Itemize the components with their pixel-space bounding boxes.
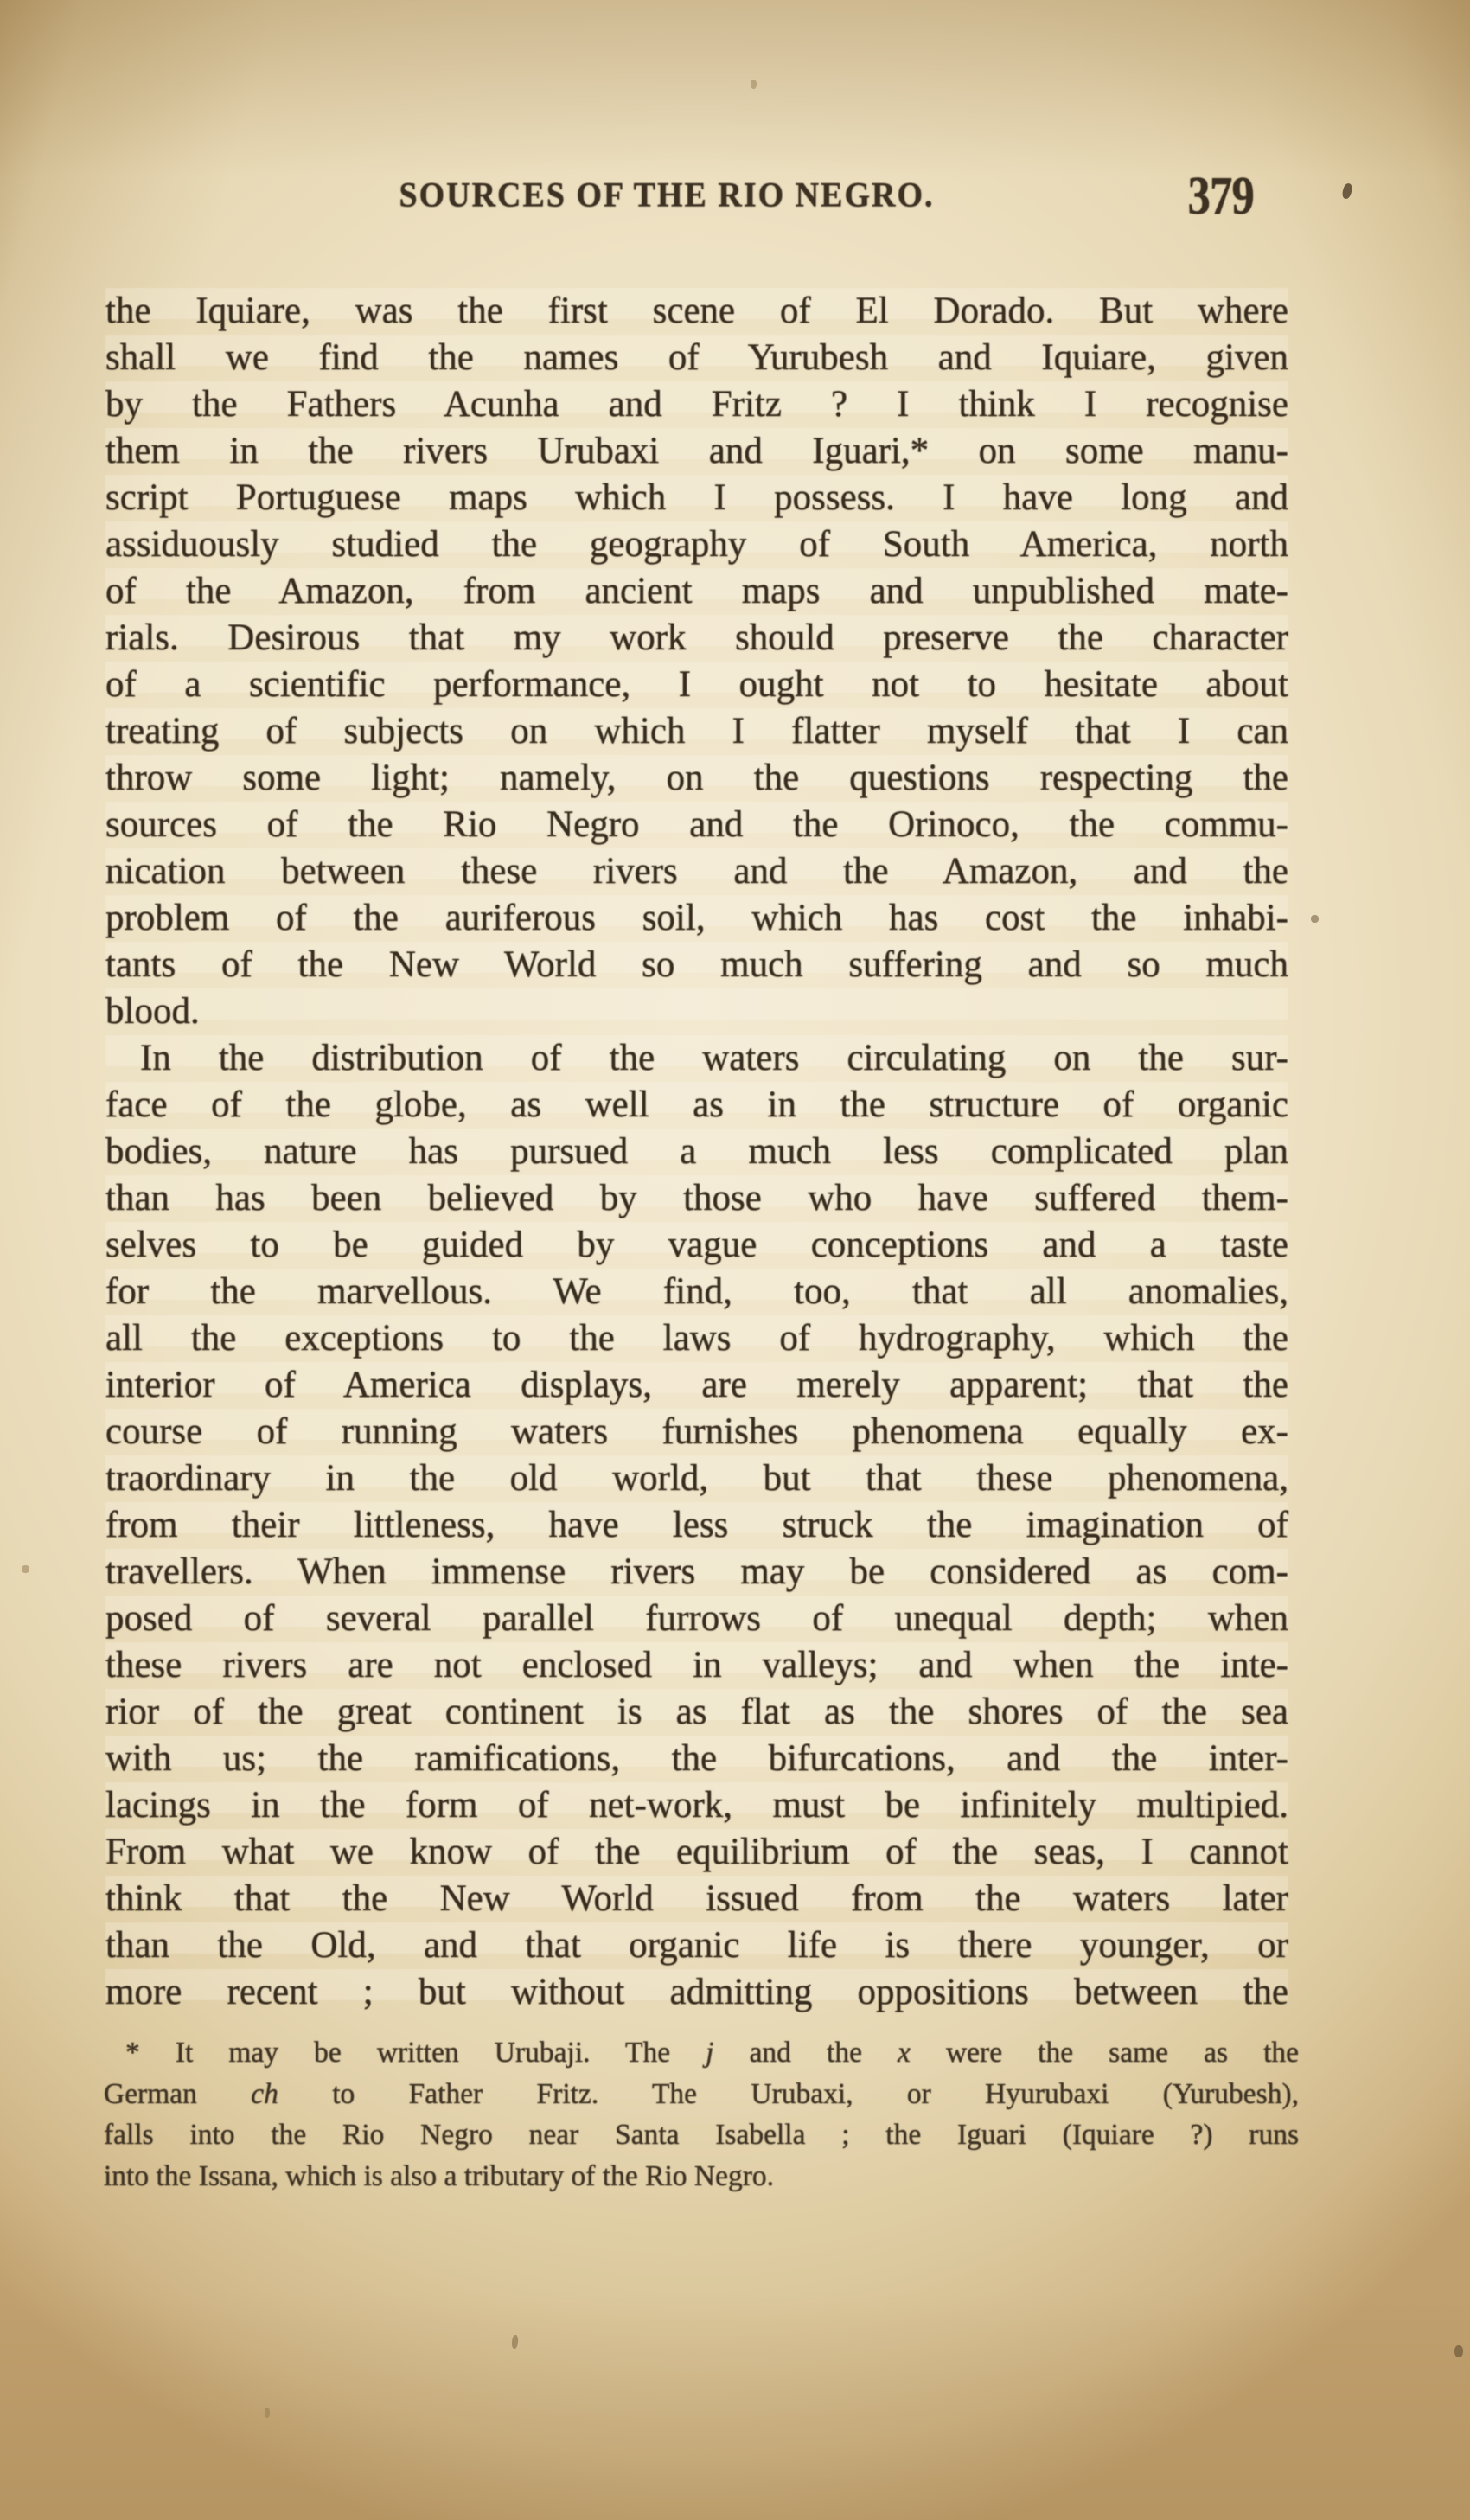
body-line: problem of the auriferous soil, which ha… xyxy=(105,895,1288,942)
body-line: lacings in the form of net-work, must be… xyxy=(105,1782,1288,1829)
body-line: traordinary in the old world, but that t… xyxy=(105,1455,1288,1502)
body-line: rior of the great continent is as flat a… xyxy=(105,1689,1288,1736)
body-line: more recent ; but without admitting oppo… xyxy=(105,1969,1288,2016)
scan-speck xyxy=(1311,915,1319,923)
body-line: tants of the New World so much suffering… xyxy=(105,942,1288,988)
scan-speck xyxy=(1454,2345,1463,2357)
body-line: script Portuguese maps which I possess. … xyxy=(105,475,1288,521)
page-number: 379 xyxy=(1188,166,1255,227)
body-line: face of the globe, as well as in the str… xyxy=(105,1082,1288,1129)
body-line: the Iquiare, was the first scene of El D… xyxy=(105,288,1288,335)
body-line: all the exceptions to the laws of hydrog… xyxy=(105,1315,1288,1362)
body-line: shall we find the names of Yurubesh and … xyxy=(105,335,1288,381)
body-line: than has been believed by those who have… xyxy=(105,1175,1288,1222)
scan-speck xyxy=(22,1565,29,1573)
scan-speck xyxy=(511,2335,518,2350)
body-line: blood. xyxy=(105,988,1288,1035)
body-line: of the Amazon, from ancient maps and unp… xyxy=(105,568,1288,615)
body-line: than the Old, and that organic life is t… xyxy=(105,1922,1288,1969)
scan-speck xyxy=(1341,182,1353,200)
body-line: sources of the Rio Negro and the Orinoco… xyxy=(105,802,1288,848)
body-line: for the marvellous. We find, too, that a… xyxy=(105,1269,1288,1315)
body-line: rials. Desirous that my work should pres… xyxy=(105,615,1288,662)
running-head: SOURCES OF THE RIO NEGRO. 379 xyxy=(105,176,1288,214)
scan-speck xyxy=(265,2408,270,2418)
footnote-line: * It may be written Urubaji. The j and t… xyxy=(104,2032,1299,2074)
book-page: SOURCES OF THE RIO NEGRO. 379 the Iquiar… xyxy=(0,0,1470,2520)
footnote-block: * It may be written Urubaji. The j and t… xyxy=(104,2032,1299,2197)
body-line: assiduously studied the geography of Sou… xyxy=(105,521,1288,568)
running-head-title: SOURCES OF THE RIO NEGRO. xyxy=(399,176,934,215)
body-line: think that the New World issued from the… xyxy=(105,1876,1288,1922)
body-line: From what we know of the equilibrium of … xyxy=(105,1829,1288,1876)
footnote-line: German ch to Father Fritz. The Urubaxi, … xyxy=(104,2074,1299,2115)
body-line: selves to be guided by vague conceptions… xyxy=(105,1222,1288,1269)
body-line: with us; the ramifications, the bifurcat… xyxy=(105,1736,1288,1782)
body-line: interior of America displays, are merely… xyxy=(105,1362,1288,1409)
body-line: by the Fathers Acunha and Fritz ? I thin… xyxy=(105,381,1288,428)
body-line: throw some light; namely, on the questio… xyxy=(105,755,1288,802)
body-line: travellers. When immense rivers may be c… xyxy=(105,1549,1288,1596)
body-line: of a scientific performance, I ought not… xyxy=(105,662,1288,708)
body-line: bodies, nature has pursued a much less c… xyxy=(105,1129,1288,1175)
body-line: from their littleness, have less struck … xyxy=(105,1502,1288,1549)
body-line: In the distribution of the waters circul… xyxy=(105,1035,1288,1082)
body-text-block: the Iquiare, was the first scene of El D… xyxy=(105,288,1288,2016)
body-line: nication between these rivers and the Am… xyxy=(105,848,1288,895)
body-line: course of running waters furnishes pheno… xyxy=(105,1409,1288,1455)
scan-speck xyxy=(751,80,757,89)
body-line: these rivers are not enclosed in valleys… xyxy=(105,1642,1288,1689)
body-line: them in the rivers Urubaxi and Iguari,* … xyxy=(105,428,1288,475)
body-line: treating of subjects on which I flatter … xyxy=(105,708,1288,755)
body-line: posed of several parallel furrows of une… xyxy=(105,1596,1288,1642)
footnote-line: falls into the Rio Negro near Santa Isab… xyxy=(104,2114,1299,2156)
footnote-line: into the Issana, which is also a tributa… xyxy=(104,2156,1299,2197)
